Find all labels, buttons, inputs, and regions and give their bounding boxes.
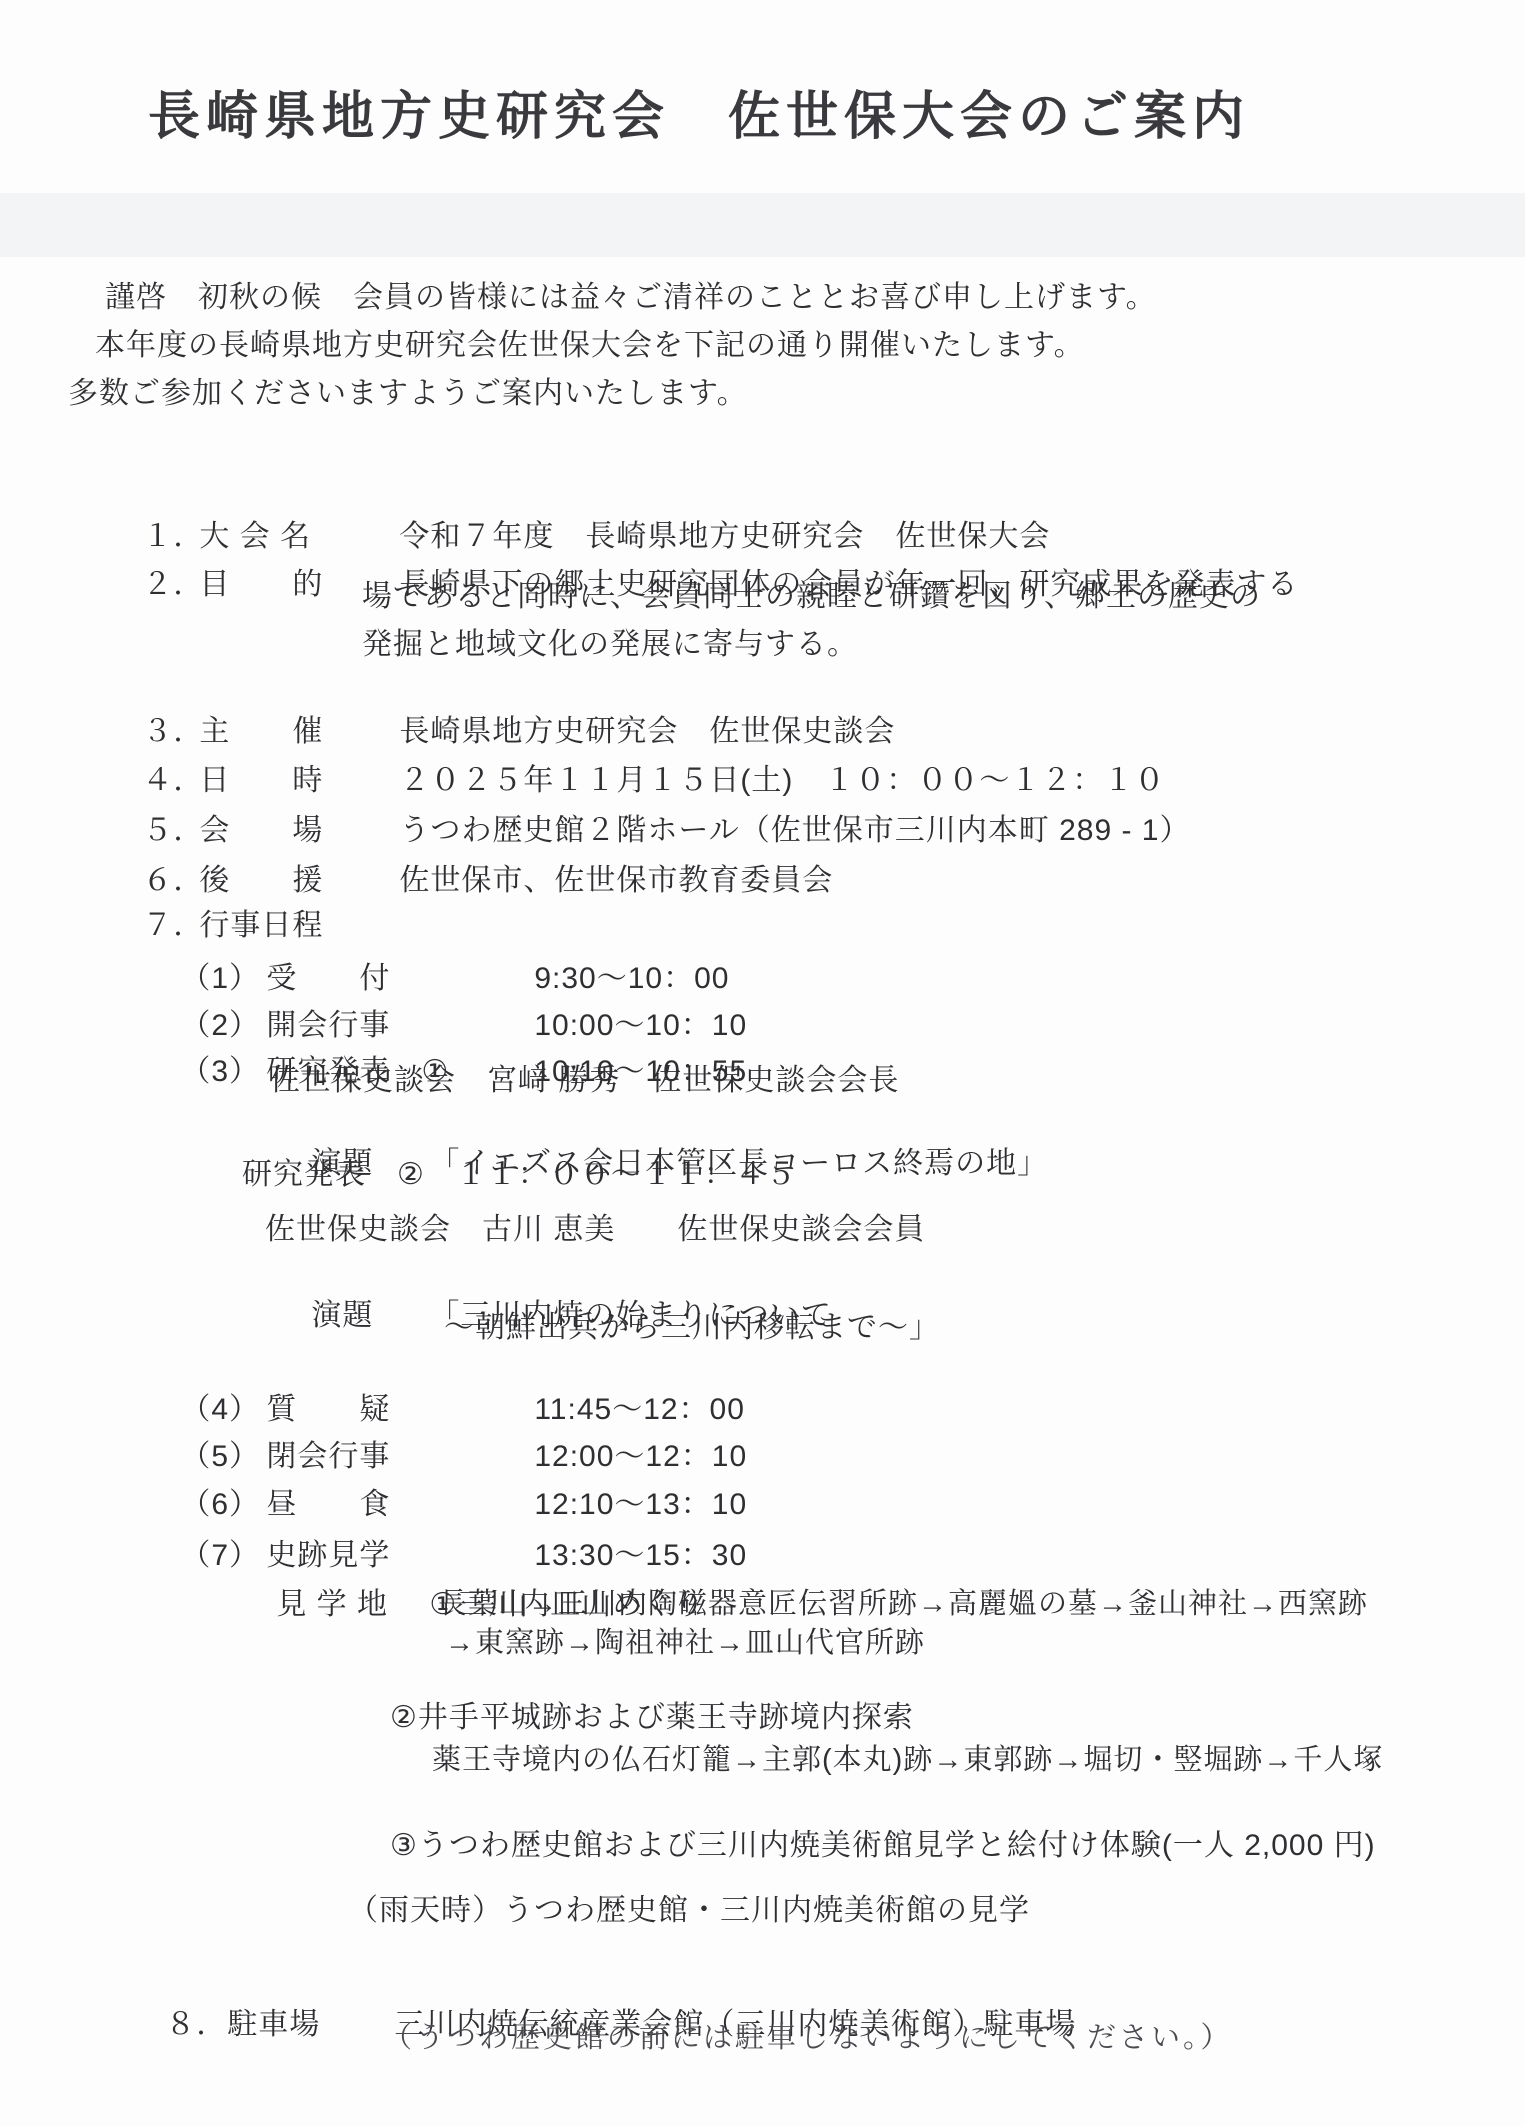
presentation-2-speaker: 佐世保史談会 古川 恵美 佐世保史談会会員 (265, 1212, 925, 1248)
presentation-2-topic-line2: ～朝鮮出兵から三川内移転まで～」 (444, 1310, 940, 1346)
rainy-day-plan: （雨天時）うつわ歴史館・三川内焼美術館の見学 (348, 1893, 1030, 1929)
presentation-2-heading: 研究発表 ② １１：００～１１：４５ (242, 1157, 797, 1193)
tour-route-1-line2: →東窯跡→陶祖神社→皿山代官所跡 (445, 1625, 925, 1661)
greeting-line-3: 多数ご参加くださいますようご案内いたします。 (68, 376, 748, 412)
item-number: ２． (142, 567, 199, 603)
document-title: 長崎県地方史研究会 佐世保大会のご案内 (148, 74, 1250, 149)
item-text: 佐世保市、佐世保市教育委員会 (399, 864, 833, 897)
tour-route-2-line1: 薬王寺境内の仏石灯籠→主郭(本丸)跡→東郭跡→堀切・竪堀跡→千人塚 (432, 1742, 1383, 1778)
greeting-line-2: 本年度の長崎県地方史研究会佐世保大会を下記の通り開催いたします。 (95, 328, 1085, 364)
parking-note: （うつわ歴史館の前には駐車しないようにしてください。） (383, 2020, 1233, 2056)
item-number: ８． (165, 2007, 227, 2043)
schedule-number: （3） (180, 1054, 266, 1090)
tour-label: 見 学 地 (276, 1587, 429, 1623)
tour-route-2-head: ②井手平城跡および薬王寺跡境内探索 (390, 1700, 914, 1736)
presentation-1-speaker: 佐世保史談会 宮﨑 勝秀 佐世保史談会会長 (270, 1063, 899, 1099)
scan-artifact-band (0, 193, 1525, 257)
item-2-purpose-line3: 発掘と地域文化の発展に寄与する。 (362, 627, 858, 663)
document-page: 長崎県地方史研究会 佐世保大会のご案内 謹啓 初秋の候 会員の皆様には益々ご清祥… (0, 0, 1525, 2126)
topic-label: 演題 (311, 1298, 429, 1334)
greeting-line-1: 謹啓 初秋の候 会員の皆様には益々ご清祥のこととお喜び申し上げます。 (105, 280, 1157, 316)
item-label: 駐車場 (227, 2007, 394, 2043)
tour-route-3-head: ③うつわ歴史館および三川内焼美術館見学と絵付け体験(一人 2,000 円) (390, 1828, 1376, 1864)
item-2-purpose-line2: 場であると同時に、会員同士の親睦と研鑽を図り、郷土の歴史の (362, 579, 1261, 615)
tour-route-1-line1: 長葉山→三川内陶磁器意匠伝習所跡→高麗媼の墓→釜山神社→西窯跡 (438, 1586, 1368, 1622)
